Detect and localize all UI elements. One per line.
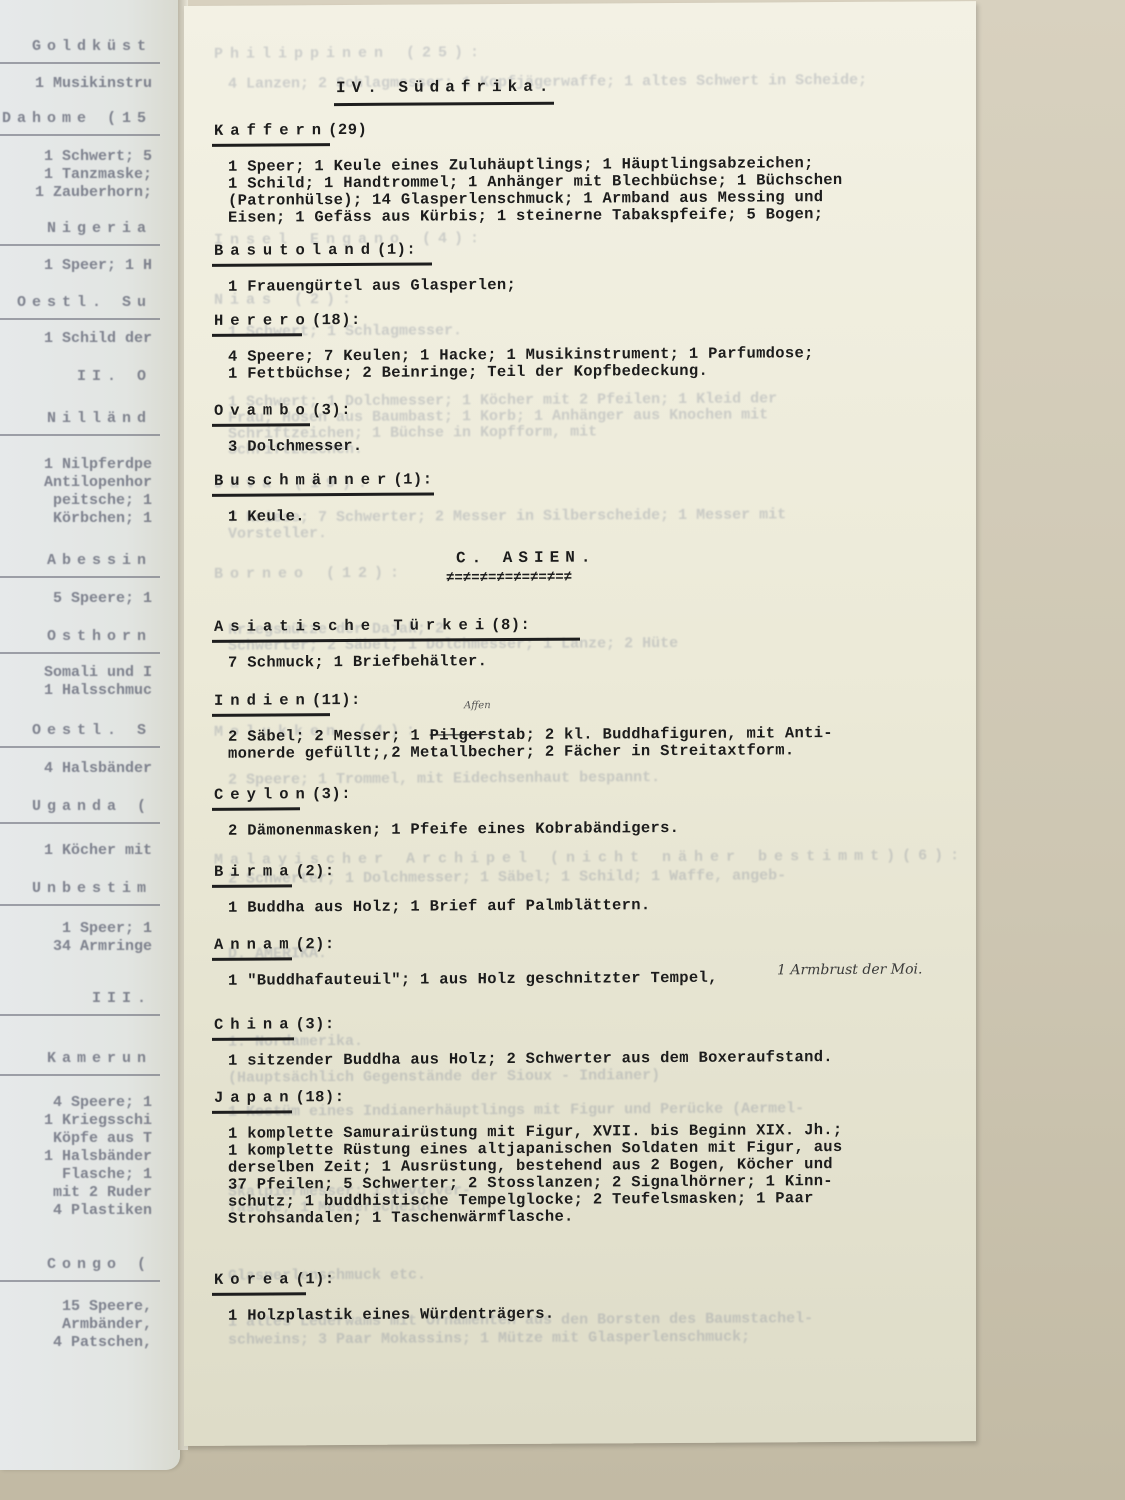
item-line: Strohsandalen; 1 Taschenwärmflasche. — [228, 1208, 574, 1228]
left-page-underline — [0, 434, 160, 436]
ghost-line: Borneo (12): — [214, 565, 406, 583]
left-page-line: Dahome (15 — [2, 110, 152, 127]
group-count: (2): — [296, 935, 335, 953]
item-line: 1 Fettbüchse; 2 Beinringe; Teil der Kopf… — [228, 362, 708, 383]
left-page-line: Osthorn — [47, 628, 152, 645]
left-page-fragment: Goldküst1 MusikinstruDahome (151 Schwert… — [0, 0, 180, 1470]
group-heading-underline — [212, 333, 302, 336]
group-heading: Basutoland(1): — [214, 241, 416, 260]
group-heading: Korea(1): — [214, 1270, 335, 1289]
group-count: (3): — [312, 785, 351, 803]
left-page-underline — [0, 1280, 160, 1282]
left-page-line: 34 Armringe — [53, 938, 152, 955]
item-line: 1 Frauengürtel aus Glasperlen; — [228, 276, 516, 296]
left-page-line: Somali und I — [44, 664, 152, 681]
item-line: 1 sitzender Buddha aus Holz; 2 Schwerter… — [228, 1048, 833, 1070]
group-name: Kaffern — [214, 121, 328, 140]
left-page-line: Oestl. Su — [17, 294, 152, 311]
group-name: Korea — [214, 1270, 296, 1288]
left-page-line: Nigeria — [47, 220, 152, 237]
group-name: Indien — [214, 691, 312, 710]
group-heading: Ovambo(3): — [214, 401, 351, 420]
left-page-line: 1 Schwert; 5 — [44, 148, 152, 165]
left-page-line: 1 Musikinstru — [35, 75, 152, 92]
handwritten-correction-indien: Affen — [464, 700, 491, 711]
left-page-line: Köpfe aus T — [53, 1130, 152, 1147]
left-page-line: 1 Halsschmuc — [44, 682, 152, 699]
left-page-line: 1 Kriegsschi — [44, 1112, 152, 1129]
group-heading: China(3): — [214, 1015, 335, 1034]
ghost-line: (Hauptsächlich Gegenstände der Sioux - I… — [228, 1067, 660, 1087]
left-page-line: 1 Speer; 1 H — [44, 257, 152, 274]
group-heading: Ceylon(3): — [214, 785, 351, 804]
left-page-line: 1 Speer; 1 — [62, 920, 152, 937]
item-line: 1 Holzplastik eines Würdenträgers. — [228, 1305, 554, 1325]
group-count: (2): — [296, 862, 335, 880]
ghost-line: Philippinen (25): — [214, 44, 486, 63]
continent-heading-ornament: ≠=≠=≠=≠=≠=≠=≠=≠ — [446, 570, 572, 587]
item-line: 3 Dolchmesser. — [228, 437, 362, 456]
item-line: 1 Keule. — [228, 507, 305, 525]
group-count: (1): — [377, 241, 416, 259]
group-count: (29) — [328, 121, 367, 139]
document-page: Philippinen (25):4 Lanzen; 2 Schlagmesse… — [184, 1, 976, 1446]
group-heading: Buschmänner(1): — [214, 470, 433, 489]
group-count: (3): — [312, 401, 351, 419]
group-heading: Kaffern(29) — [214, 121, 367, 140]
group-heading-underline — [212, 1110, 292, 1113]
left-page-line: Oestl. S — [32, 722, 152, 739]
left-page-line: Armbänder, — [62, 1316, 152, 1333]
left-page-underline — [0, 652, 160, 654]
left-page-line: Körbchen; 1 — [53, 510, 152, 527]
left-page-line: 1 Nilpferdpe — [44, 456, 152, 473]
handwritten-addition-annam: 1 Armbrust der Moi. — [777, 961, 922, 978]
left-page-line: 1 Halsbänder — [44, 1148, 152, 1165]
left-page-line: Kamerun — [47, 1050, 152, 1067]
group-name: Birma — [214, 862, 296, 880]
struck-text: Pilger — [430, 726, 488, 744]
group-name: Annam — [214, 935, 296, 953]
group-count: (1): — [296, 1270, 335, 1288]
left-page-line: 4 Patschen, — [53, 1334, 152, 1351]
ghost-line: schweins; 3 Paar Mokassins; 1 Mütze mit … — [228, 1329, 750, 1349]
ghost-line: Vorsteller. — [228, 525, 327, 543]
left-page-underline — [0, 1074, 160, 1076]
item-line: 1 "Buddhafauteuil"; 1 aus Holz geschnitz… — [228, 969, 718, 990]
item-line: 2 Dämonenmasken; 1 Pfeife eines Kobrabän… — [228, 819, 679, 840]
left-page-line: mit 2 Ruder — [53, 1184, 152, 1201]
ghost-line: 1. Nordamerika. — [228, 1033, 363, 1051]
left-page-underline — [0, 822, 160, 824]
group-count: (1): — [393, 470, 432, 488]
left-page-line: Uganda ( — [32, 798, 152, 815]
ghost-line: 7 Kriese; 7 Schwerter; 2 Messer in Silbe… — [228, 506, 786, 526]
group-name: Asiatische Türkei — [214, 616, 491, 636]
group-name: Herero — [214, 311, 312, 330]
left-page-line: peitsche; 1 — [53, 492, 152, 509]
left-page-line: Unbestim — [32, 880, 152, 897]
group-count: (8): — [491, 616, 530, 634]
group-count: (3): — [296, 1015, 335, 1033]
group-heading: Japan(18): — [214, 1088, 345, 1107]
group-heading-underline — [212, 884, 292, 887]
left-page-line: 4 Plastiken — [53, 1202, 152, 1219]
left-page-line: Congo ( — [47, 1256, 152, 1273]
group-heading-underline — [212, 957, 292, 960]
group-name: Japan — [214, 1088, 296, 1106]
left-page-underline — [0, 244, 160, 246]
group-heading-underline — [212, 713, 330, 716]
group-heading-underline — [212, 1292, 306, 1295]
left-page-line: 4 Speere; 1 — [53, 1094, 152, 1111]
group-count: (18): — [312, 311, 361, 329]
continent-heading: C. ASIEN. — [456, 548, 596, 567]
left-page-line: 1 Zauberhorn; — [35, 184, 152, 201]
group-heading: Birma(2): — [214, 862, 335, 881]
item-line: monerde gefüllt;,2 Metallbecher; 2 Fäche… — [228, 741, 795, 762]
group-heading: Indien(11): — [214, 691, 361, 710]
section-heading: IV. Südafrika. — [336, 78, 554, 97]
section-heading-underline — [334, 102, 554, 106]
group-heading: Annam(2): — [214, 935, 335, 954]
left-page-line: 5 Speere; 1 — [53, 590, 152, 607]
left-page-underline — [0, 746, 160, 748]
group-heading: Herero(18): — [214, 311, 361, 330]
group-count: (18): — [296, 1088, 345, 1106]
group-name: Basutoland — [214, 241, 377, 260]
left-page-line: 1 Köcher mit — [44, 842, 152, 859]
group-name: Buschmänner — [214, 471, 393, 490]
group-name: Ceylon — [214, 785, 312, 804]
left-page-underline — [0, 62, 160, 64]
left-page-line: III. — [92, 990, 152, 1007]
left-page-underline — [0, 576, 160, 578]
group-name: Ovambo — [214, 401, 312, 420]
left-page-line: 1 Schild der — [44, 330, 152, 347]
item-line: 7 Schmuck; 1 Briefbehälter. — [228, 652, 487, 672]
left-page-line: Flasche; 1 — [62, 1166, 152, 1183]
left-page-line: 15 Speere, — [62, 1298, 152, 1315]
left-page-line: Antilopenhor — [44, 474, 152, 491]
group-heading-underline — [212, 143, 330, 146]
group-heading-underline — [212, 1037, 294, 1040]
left-page-underline — [0, 1014, 160, 1016]
left-page-underline — [0, 318, 160, 320]
left-page-line: 4 Halsbänder — [44, 760, 152, 777]
left-page-line: Abessin — [47, 552, 152, 569]
left-page-line: Nilländ — [47, 410, 152, 427]
item-line: 1 Buddha aus Holz; 1 Brief auf Palmblätt… — [228, 896, 650, 917]
left-page-underline — [0, 904, 160, 906]
group-count: (11): — [312, 691, 361, 709]
group-heading-underline — [212, 807, 300, 810]
group-name: China — [214, 1015, 296, 1033]
left-page-line: II. O — [77, 368, 152, 385]
left-page-underline — [0, 134, 160, 136]
group-heading-underline — [212, 492, 434, 496]
left-page-line: Goldküst — [32, 38, 152, 55]
left-page-line: 1 Tanzmaske; — [44, 166, 152, 183]
group-heading: Asiatische Türkei(8): — [214, 616, 530, 636]
item-line: Eisen; 1 Gefäss aus Kürbis; 1 steinerne … — [228, 205, 823, 227]
group-heading-underline — [212, 262, 432, 266]
